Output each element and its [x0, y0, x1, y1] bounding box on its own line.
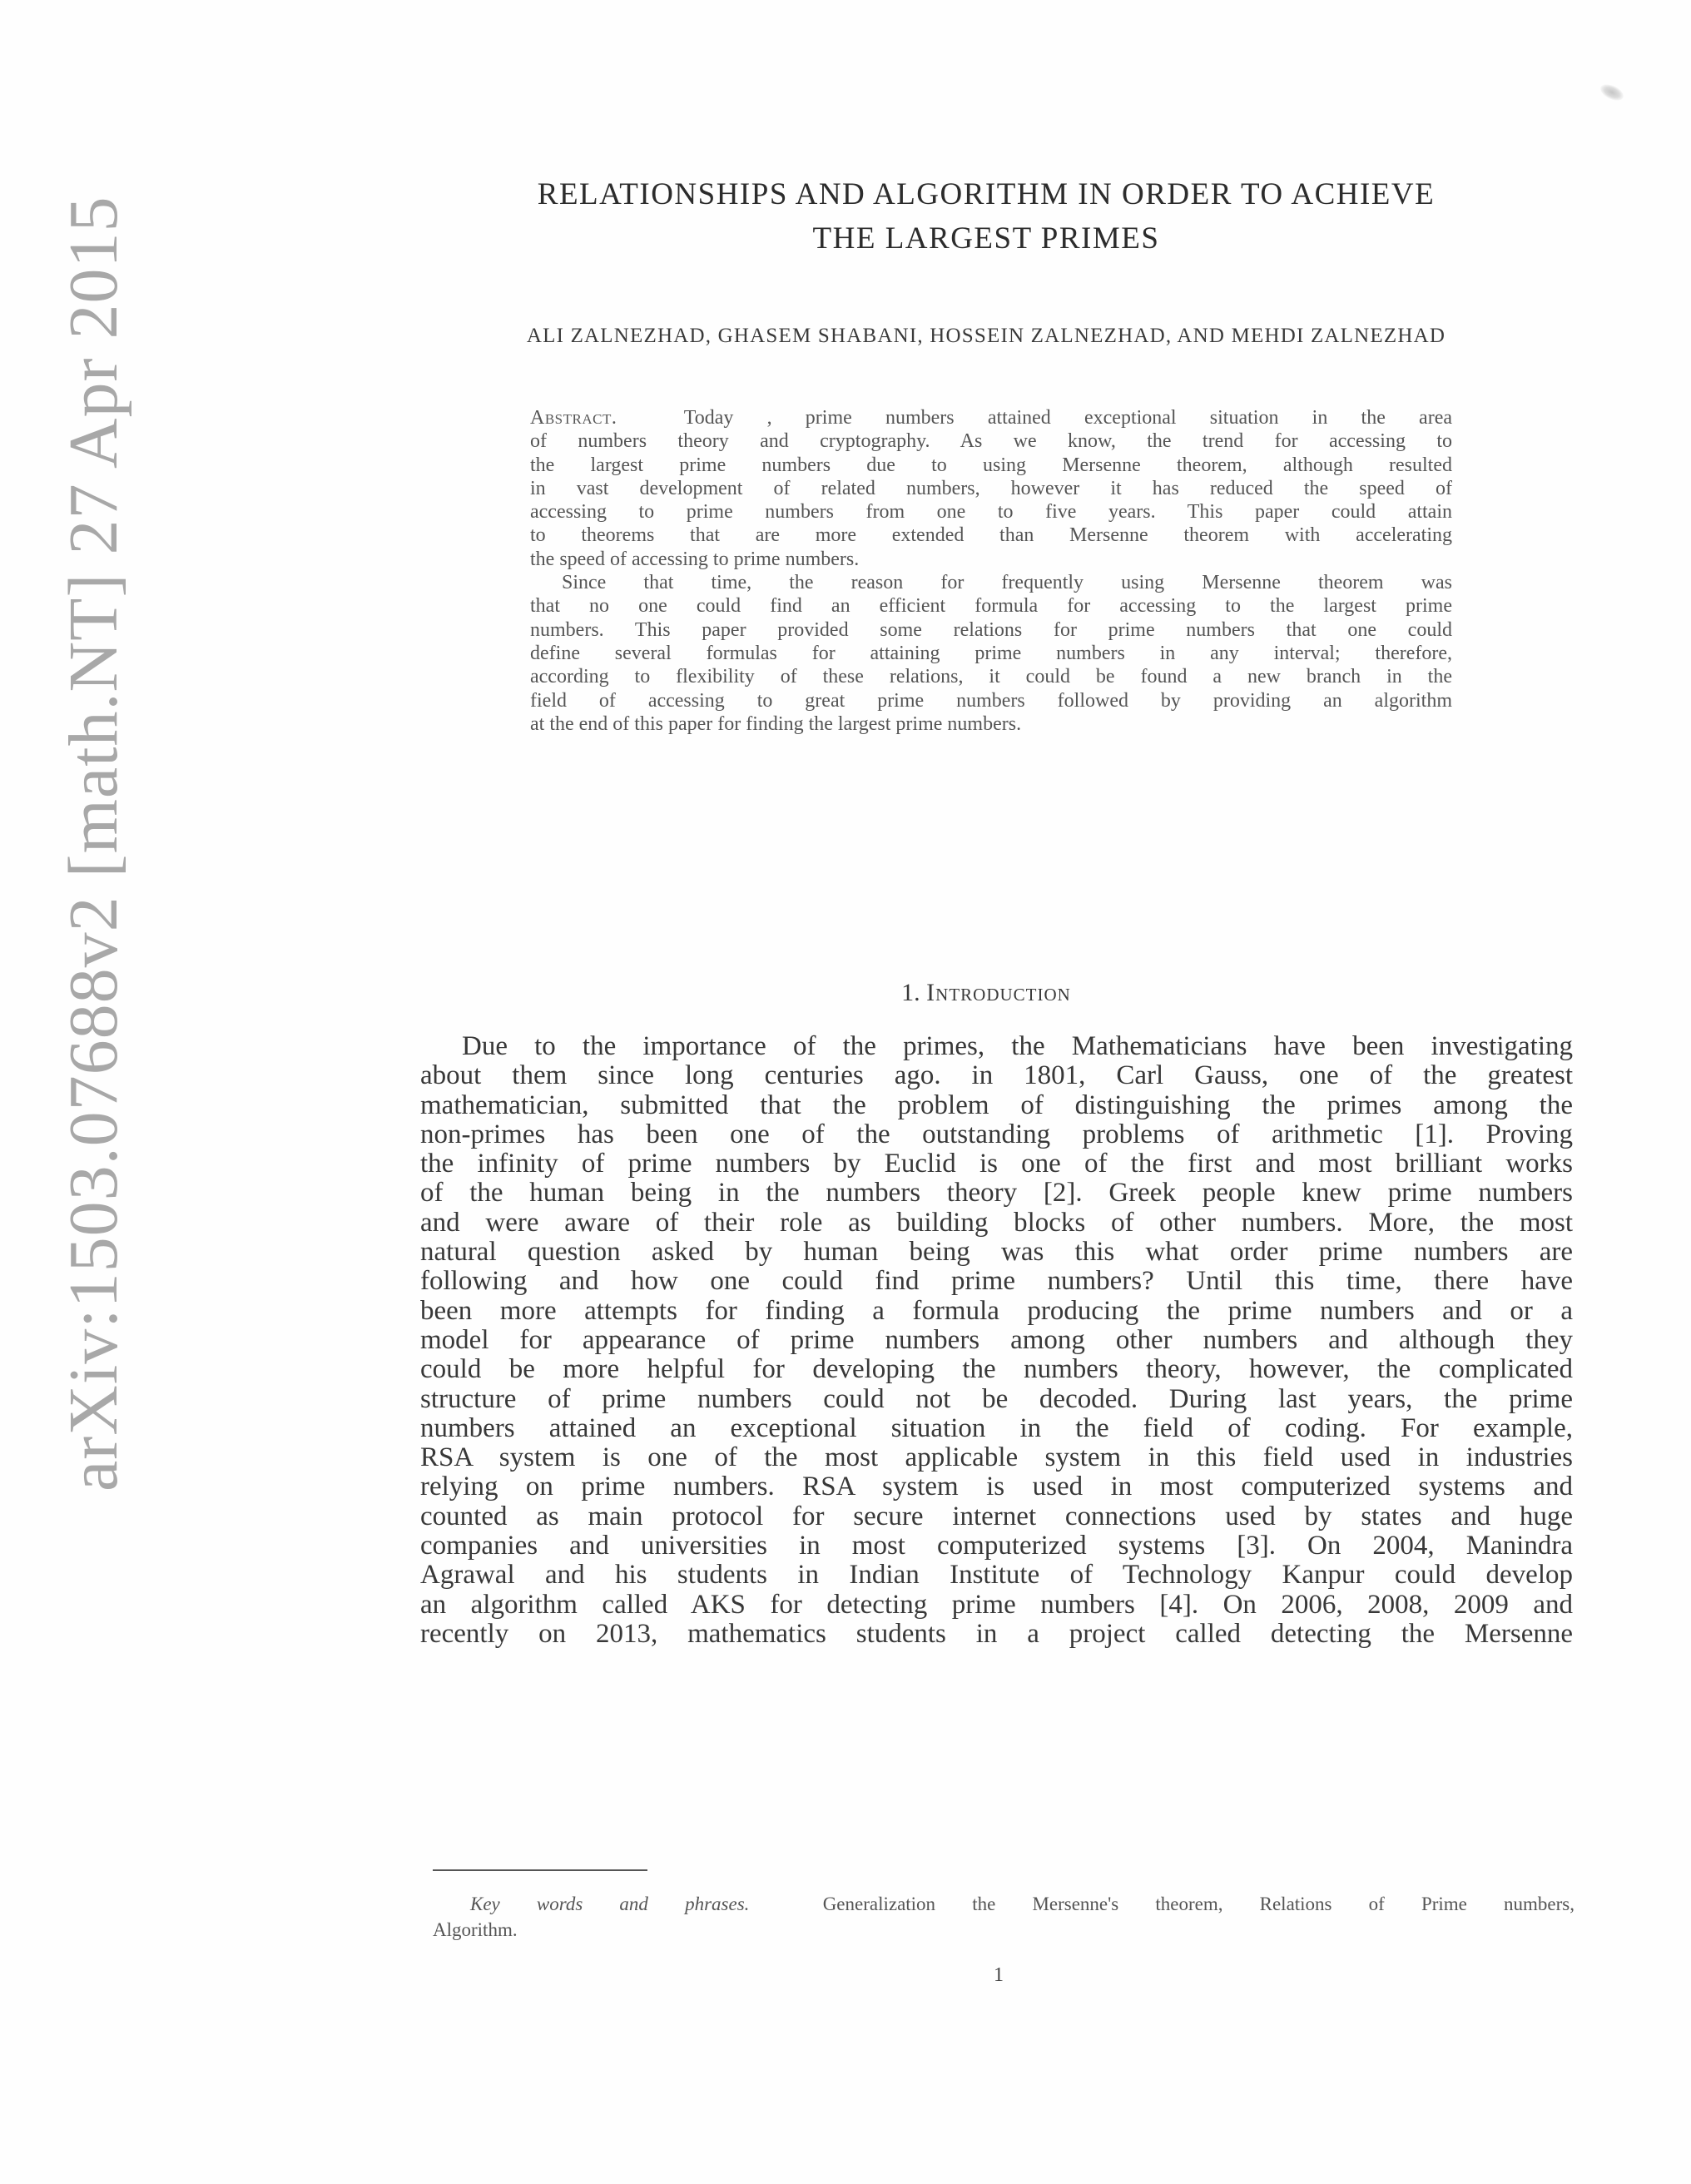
- abstract-line: to theorems that are more extended than …: [530, 524, 1452, 547]
- keywords-footnote: Key words and phrases. Generalization th…: [433, 1891, 1574, 1943]
- arxiv-identifier-watermark: arXiv:1503.07688v2 [math.NT] 27 Apr 2015: [57, 276, 131, 1492]
- body-line: Agrawal and his students in Indian Insti…: [420, 1561, 1573, 1590]
- abstract-line: according to flexibility of these relati…: [530, 665, 1452, 688]
- abstract-line: accessing to prime numbers from one to f…: [530, 500, 1452, 524]
- body-line: an algorithm called AKS for detecting pr…: [420, 1591, 1573, 1620]
- body-line: structure of prime numbers could not be …: [420, 1385, 1573, 1414]
- body-line: counted as main protocol for secure inte…: [420, 1502, 1573, 1531]
- keywords-label: Key words and phrases.: [470, 1894, 749, 1914]
- keywords-text: Generalization the Mersenne's theorem, R…: [823, 1894, 1574, 1914]
- body-line: following and how one could find prime n…: [420, 1267, 1573, 1296]
- body-line: and were aware of their role as building…: [420, 1209, 1573, 1238]
- footnote-line: Algorithm.: [433, 1917, 1574, 1943]
- paper-title-line-1: RELATIONSHIPS AND ALGORITHM IN ORDER TO …: [416, 176, 1556, 212]
- abstract-label: Abstract.: [530, 407, 617, 429]
- author-list: ALI ZALNEZHAD, GHASEM SHABANI, HOSSEIN Z…: [416, 325, 1556, 348]
- body-line: mathematician, submitted that the proble…: [420, 1091, 1573, 1120]
- abstract-line: Since that time, the reason for frequent…: [530, 571, 1452, 594]
- introduction-body: Due to the importance of the primes, the…: [420, 1032, 1573, 1649]
- body-line: recently on 2013, mathematics students i…: [420, 1620, 1573, 1649]
- section-title: Introduction: [926, 979, 1071, 1006]
- footnote-line: Key words and phrases. Generalization th…: [433, 1891, 1574, 1917]
- body-line: could be more helpful for developing the…: [420, 1355, 1573, 1384]
- abstract: Abstract. Today , prime numbers attained…: [530, 406, 1452, 736]
- paper-page: arXiv:1503.07688v2 [math.NT] 27 Apr 2015…: [0, 0, 1691, 2184]
- body-line: been more attempts for finding a formula…: [420, 1297, 1573, 1326]
- abstract-line: numbers. This paper provided some relati…: [530, 618, 1452, 642]
- abstract-line: the speed of accessing to prime numbers.: [530, 548, 1452, 571]
- body-line: relying on prime numbers. RSA system is …: [420, 1472, 1573, 1501]
- abstract-line: at the end of this paper for finding the…: [530, 712, 1452, 736]
- body-line: about them since long centuries ago. in …: [420, 1061, 1573, 1090]
- abstract-line: field of accessing to great prime number…: [530, 689, 1452, 712]
- body-line: RSA system is one of the most applicable…: [420, 1443, 1573, 1472]
- page-number: 1: [982, 1964, 1015, 1987]
- body-line: numbers attained an exceptional situatio…: [420, 1414, 1573, 1443]
- abstract-line: define several formulas for attaining pr…: [530, 642, 1452, 665]
- body-line: non-primes has been one of the outstandi…: [420, 1120, 1573, 1149]
- body-line: the infinity of prime numbers by Euclid …: [420, 1149, 1573, 1179]
- footnote-divider: [433, 1869, 647, 1871]
- body-line: companies and universities in most compu…: [420, 1531, 1573, 1561]
- section-number: 1.: [901, 979, 920, 1006]
- abstract-line: of numbers theory and cryptography. As w…: [530, 429, 1452, 453]
- abstract-line: Abstract. Today , prime numbers attained…: [530, 406, 1452, 429]
- abstract-line: that no one could find an efficient form…: [530, 594, 1452, 618]
- body-line: natural question asked by human being wa…: [420, 1238, 1573, 1267]
- body-line: model for appearance of prime numbers am…: [420, 1326, 1573, 1355]
- body-line: Due to the importance of the primes, the…: [420, 1032, 1573, 1061]
- scan-artifact-speck: [1598, 81, 1626, 103]
- body-line: of the human being in the numbers theory…: [420, 1179, 1573, 1208]
- abstract-text: Today , prime numbers attained exception…: [684, 407, 1452, 429]
- section-heading-introduction: 1. Introduction: [416, 979, 1556, 1007]
- paper-title-line-2: THE LARGEST PRIMES: [416, 221, 1556, 256]
- abstract-line: in vast development of related numbers, …: [530, 477, 1452, 500]
- abstract-line: the largest prime numbers due to using M…: [530, 454, 1452, 477]
